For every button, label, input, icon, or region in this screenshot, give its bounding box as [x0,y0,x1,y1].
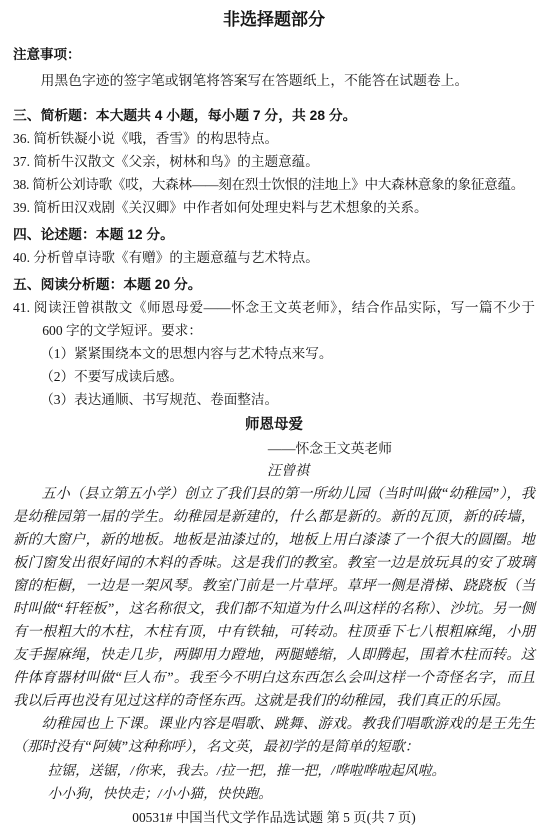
question-40: 40. 分析曾卓诗歌《有赠》的主题意蕴与艺术特点。 [13,246,535,269]
essay-title: 师恩母爱 [13,414,535,437]
essay-paragraph-2: 幼稚园也上下课。课业内容是唱歌、跳舞、游戏。教我们唱歌游戏的是王先生（那时没有“… [13,713,535,759]
section-four-heading: 四、论述题：本题 12 分。 [13,223,535,246]
question-37: 37. 简析牛汉散文《父亲，树林和鸟》的主题意蕴。 [13,150,535,173]
essay-poem-line-2: 小小狗，快快走；/小小猫，快快跑。 [13,782,535,805]
page-footer: 00531# 中国当代文学作品选试题 第 5 页(共 7 页) [13,808,535,828]
essay-author: 汪曾祺 [27,460,548,483]
section-five: 五、阅读分析题：本题 20 分。 41. 阅读汪曾祺散文《师恩母爱——怀念王文英… [13,273,535,411]
essay-paragraph-1: 五小（县立第五小学）创立了我们县的第一所幼儿园（当时叫做“幼稚园”），我是幼稚园… [13,483,535,713]
exam-paper-page: 非选择题部分 注意事项： 用黑色字迹的签字笔或钢笔将答案写在答题纸上，不能答在试… [0,0,548,838]
notice-heading: 注意事项： [13,44,535,66]
page-title: 非选择题部分 [13,8,535,32]
question-38: 38. 简析公刘诗歌《哎，大森林——刻在烈士饮恨的洼地上》中大森林意象的象征意蕴… [13,173,535,196]
section-five-heading: 五、阅读分析题：本题 20 分。 [13,273,535,296]
question-41: 41. 阅读汪曾祺散文《师恩母爱——怀念王文英老师》，结合作品实际，写一篇不少于… [13,296,535,342]
section-four: 四、论述题：本题 12 分。 40. 分析曾卓诗歌《有赠》的主题意蕴与艺术特点。 [13,223,535,269]
question-41-requirement-1: （1）紧紧围绕本文的思想内容与艺术特点来写。 [13,342,535,365]
notice-block: 注意事项： 用黑色字迹的签字笔或钢笔将答案写在答题纸上，不能答在试题卷上。 [13,44,535,92]
question-41-requirement-2: （2）不要写成读后感。 [13,365,535,388]
notice-text: 用黑色字迹的签字笔或钢笔将答案写在答题纸上，不能答在试题卷上。 [13,69,535,92]
question-41-requirement-3: （3）表达通顺、书写规范、卷面整洁。 [13,388,535,411]
essay-poem-line-1: 拉锯，送锯，/你来，我去。/拉一把，推一把，/哗啦哗啦起风啦。 [13,759,535,782]
question-39: 39. 简析田汉戏剧《关汉卿》中作者如何处理史料与艺术想象的关系。 [13,196,535,219]
question-36: 36. 简析铁凝小说《哦，香雪》的构思特点。 [13,127,535,150]
section-three: 三、简析题：本大题共 4 小题，每小题 7 分，共 28 分。 36. 简析铁凝… [13,104,535,219]
section-three-heading: 三、简析题：本大题共 4 小题，每小题 7 分，共 28 分。 [13,104,535,127]
essay-block: 师恩母爱 ——怀念王文英老师 汪曾祺 五小（县立第五小学）创立了我们县的第一所幼… [13,414,535,805]
essay-subtitle: ——怀念王文英老师 [69,437,548,460]
